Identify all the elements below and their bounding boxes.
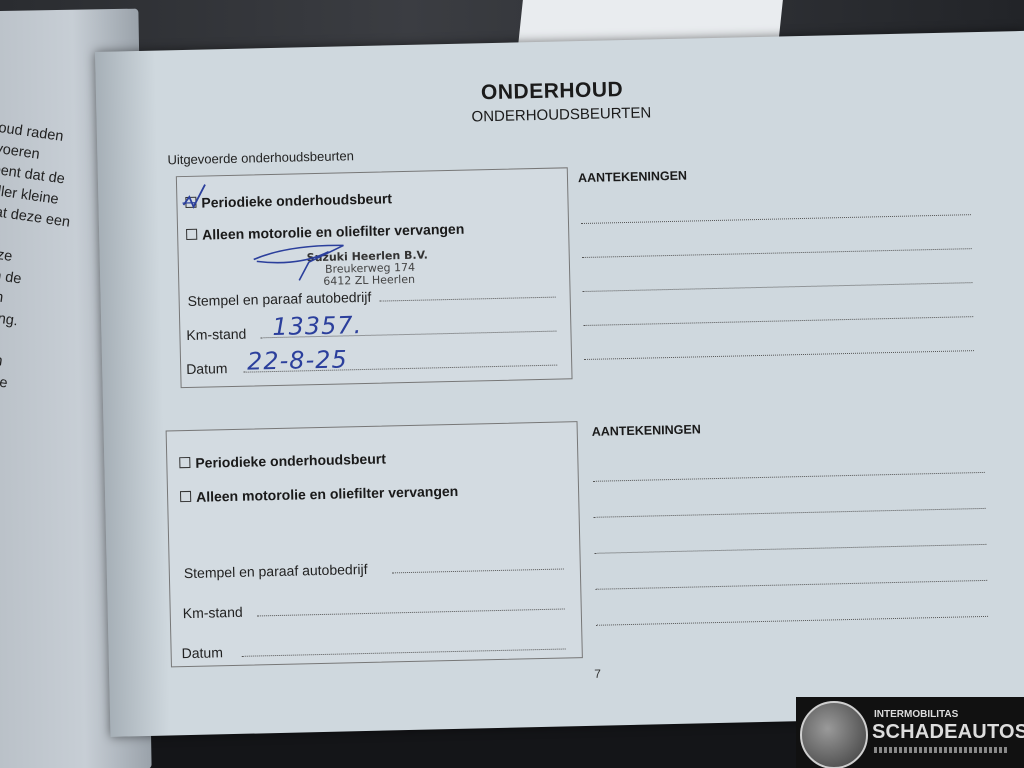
date-label: Datum bbox=[181, 644, 223, 661]
option-periodic[interactable]: Periodieke onderhoudsbeurt bbox=[179, 451, 386, 472]
page-subtitle: ONDERHOUDSBEURTEN bbox=[471, 104, 651, 125]
maintenance-entry-1: Periodieke onderhoudsbeurt Alleen motoro… bbox=[176, 167, 573, 388]
handwritten-check-icon bbox=[179, 182, 210, 213]
notes-line[interactable] bbox=[583, 316, 973, 326]
maintenance-entry-2: Periodieke onderhoudsbeurt Alleen motoro… bbox=[166, 421, 583, 667]
notes-line[interactable] bbox=[584, 350, 974, 360]
notes-line[interactable] bbox=[594, 508, 986, 518]
globe-icon bbox=[800, 701, 868, 768]
notes-line[interactable] bbox=[594, 544, 986, 554]
option-label: Periodieke onderhoudsbeurt bbox=[195, 451, 386, 471]
notes-line[interactable] bbox=[583, 282, 973, 292]
option-label: Periodieke onderhoudsbeurt bbox=[201, 190, 392, 210]
date-line[interactable] bbox=[242, 648, 566, 656]
page-title: ONDERHOUD bbox=[481, 78, 624, 105]
option-label: Alleen motorolie en oliefilter vervangen bbox=[196, 483, 458, 505]
stamp-label: Stempel en paraaf autobedrijf bbox=[187, 289, 371, 309]
km-line[interactable] bbox=[257, 608, 565, 616]
notes-line[interactable] bbox=[596, 616, 988, 626]
stamp-line bbox=[380, 297, 556, 302]
booklet-page: ONDERHOUD ONDERHOUDSBEURTEN Uitgevoerde … bbox=[95, 31, 1024, 737]
watermark-brand-text: SCHADEAUTOS.NL bbox=[872, 721, 1024, 744]
option-periodic[interactable]: Periodieke onderhoudsbeurt bbox=[185, 190, 392, 211]
watermark-stripe bbox=[874, 747, 1009, 753]
date-value[interactable]: 22-8-25 bbox=[247, 345, 348, 375]
watermark-logo: INTERMOBILITAS SCHADEAUTOS.NL bbox=[796, 697, 1024, 768]
section-label: Uitgevoerde onderhoudsbeurten bbox=[167, 148, 354, 167]
notes-line[interactable] bbox=[582, 248, 972, 258]
km-label: Km-stand bbox=[183, 604, 243, 621]
notes-line[interactable] bbox=[593, 472, 985, 482]
stamp-label: Stempel en paraaf autobedrijf bbox=[184, 561, 368, 581]
notes-heading-1: AANTEKENINGEN bbox=[578, 169, 687, 185]
page-number: 7 bbox=[594, 667, 601, 681]
notes-heading-2: AANTEKENINGEN bbox=[592, 422, 701, 438]
km-value[interactable]: 13357. bbox=[272, 311, 363, 341]
date-label: Datum bbox=[186, 360, 228, 377]
watermark-small-text: INTERMOBILITAS bbox=[874, 709, 958, 720]
option-oil-only[interactable]: Alleen motorolie en oliefilter vervangen bbox=[180, 483, 458, 505]
signature-icon bbox=[248, 239, 359, 291]
notes-line[interactable] bbox=[595, 580, 987, 590]
checkbox-icon bbox=[186, 229, 197, 240]
checkbox-icon bbox=[179, 457, 190, 468]
km-label: Km-stand bbox=[186, 326, 246, 343]
checkbox-icon bbox=[180, 491, 191, 502]
notes-line[interactable] bbox=[581, 214, 971, 224]
stamp-line[interactable] bbox=[392, 568, 564, 573]
